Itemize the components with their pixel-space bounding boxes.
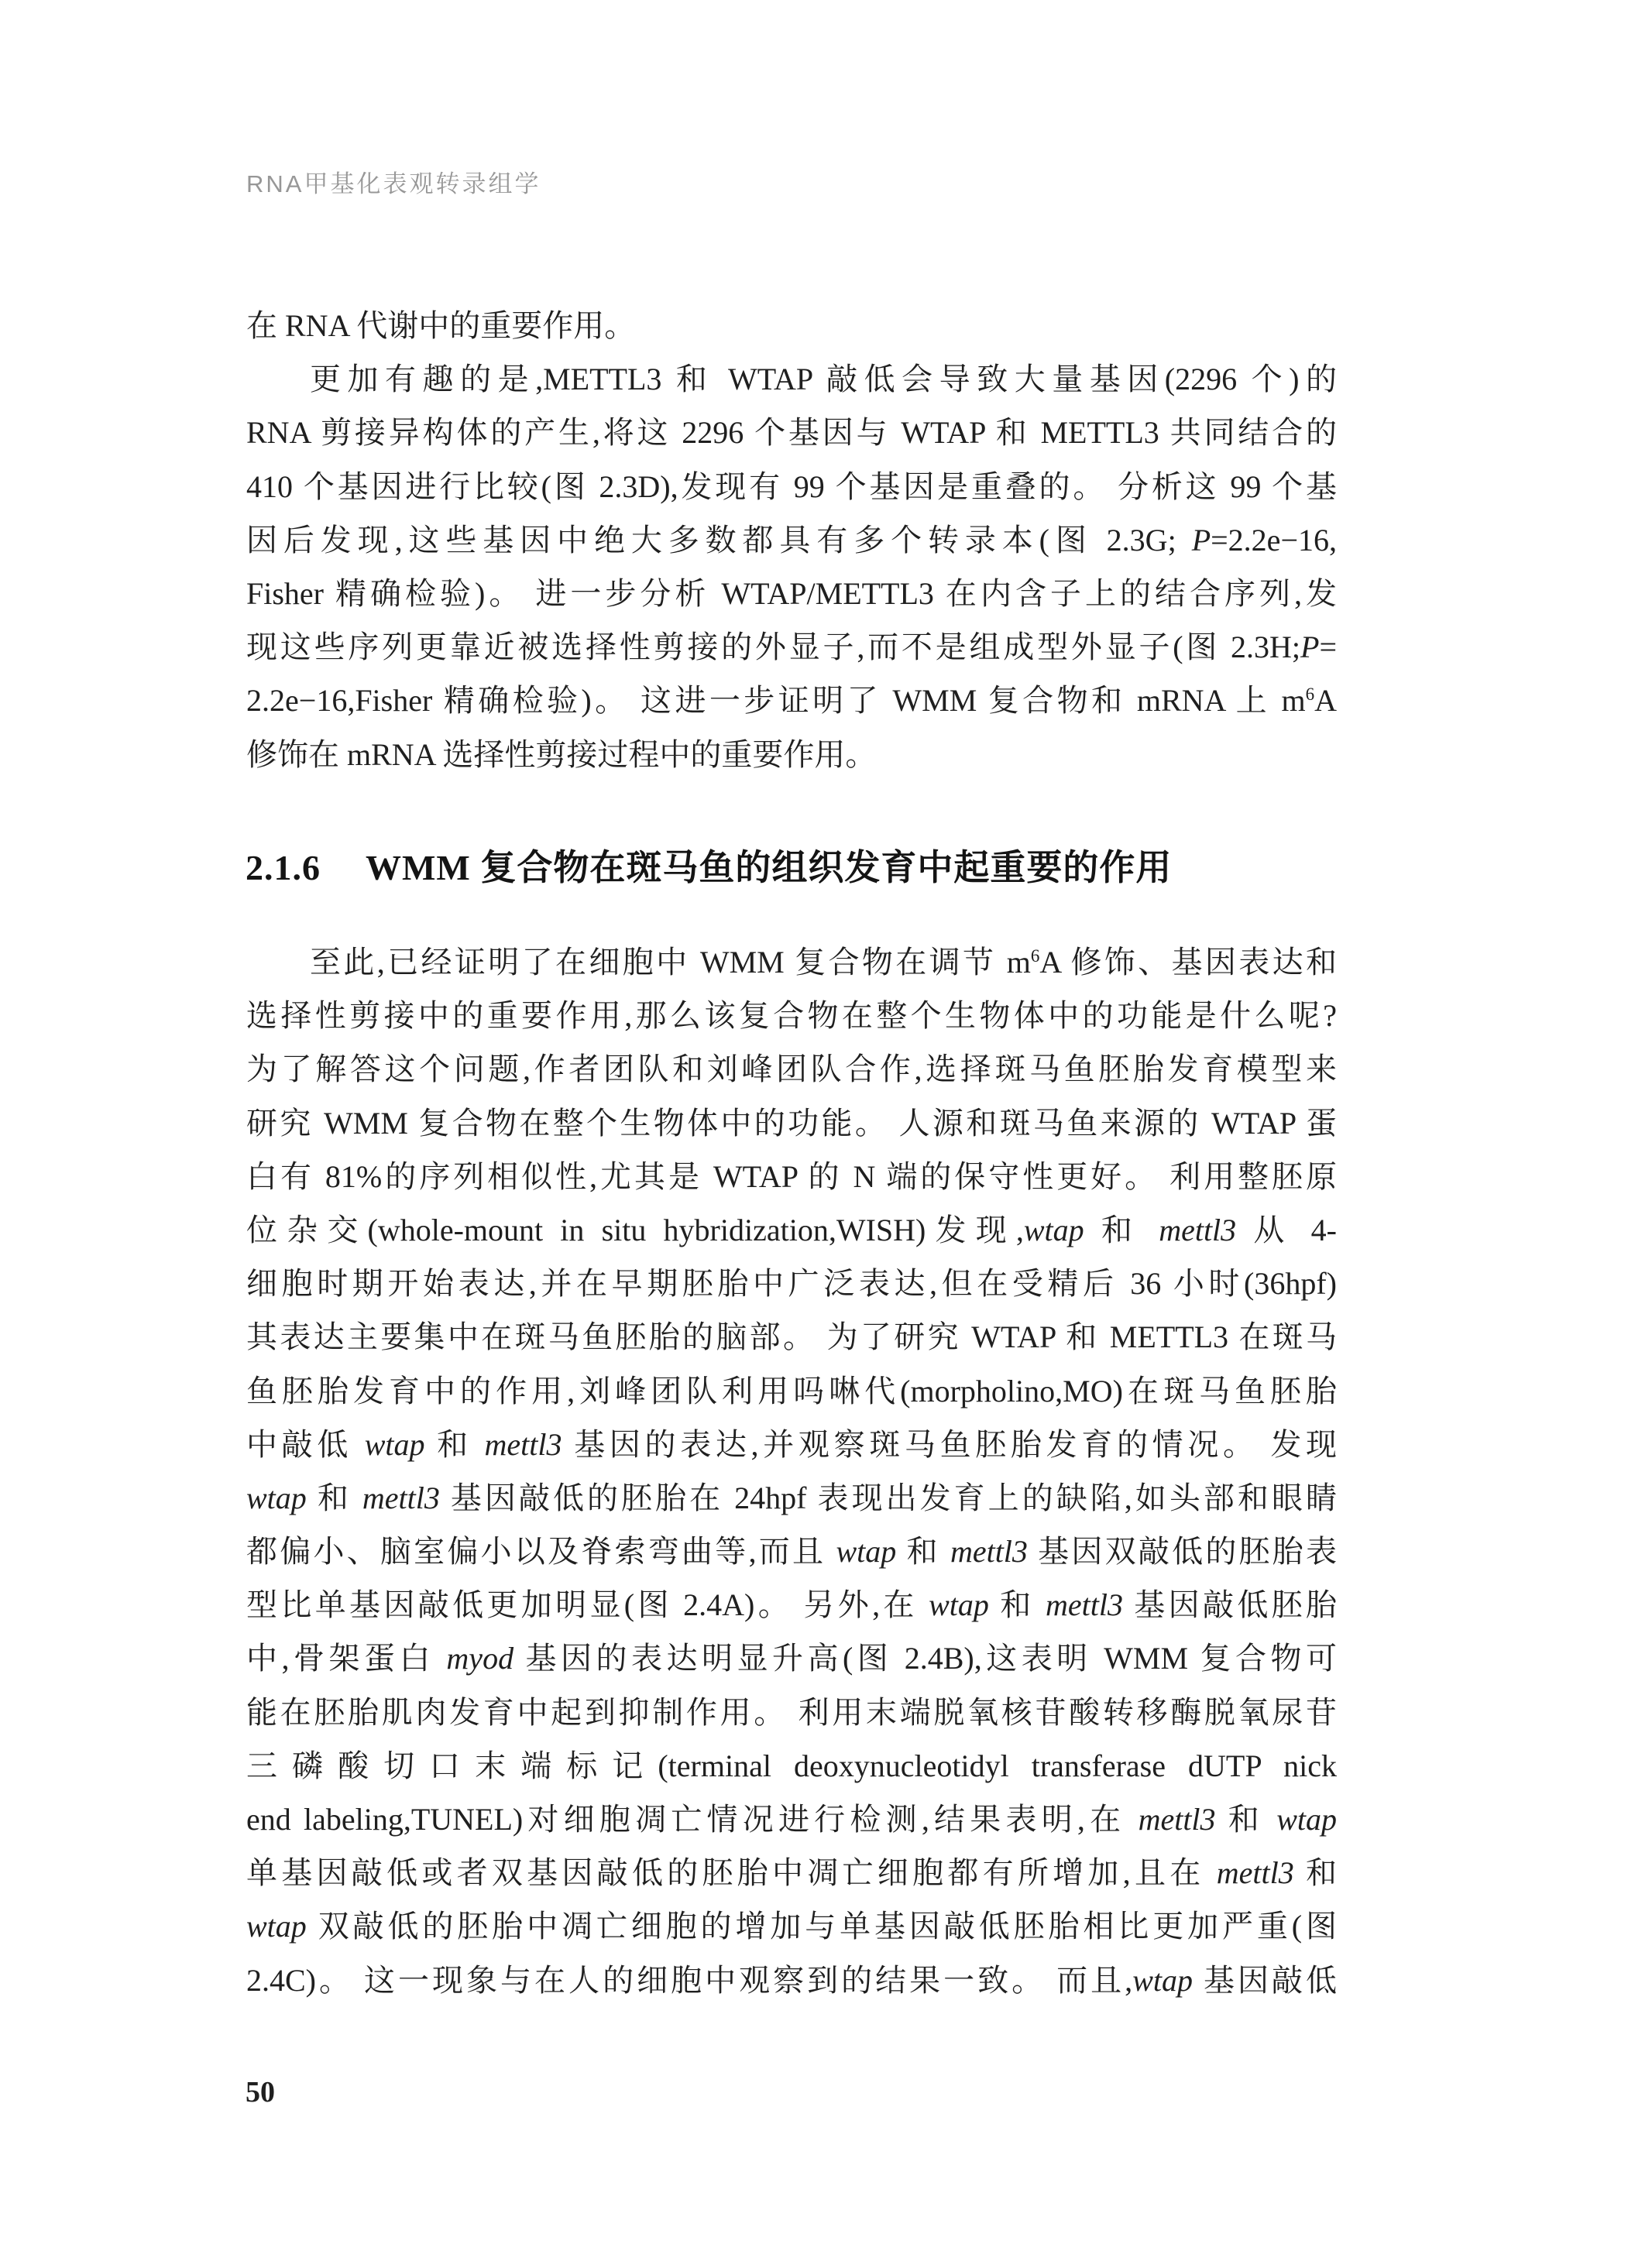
text-line: 2.2e−16,Fisher 精确检验)。 这进一步证明了 WMM 复合物和 m… [246,674,1337,727]
text-line: 中敲低 wtap 和 mettl3 基因的表达,并观察斑马鱼胚胎发育的情况。 发… [246,1418,1337,1471]
text-line: 其表达主要集中在斑马鱼胚胎的脑部。 为了研究 WTAP 和 METTL3 在斑马 [246,1310,1337,1364]
text-line: 中,骨架蛋白 myod 基因的表达明显升高(图 2.4B),这表明 WMM 复合… [246,1632,1337,1685]
section-heading: 2.1.6WMM 复合物在斑马鱼的组织发育中起重要的作用 [246,839,1172,890]
text-line: 鱼胚胎发育中的作用,刘峰团队利用吗啉代(morpholino,MO)在斑马鱼胚胎 [246,1364,1337,1418]
text-line: 在 RNA 代谢中的重要作用。 [246,299,1337,352]
text-line: 单基因敲低或者双基因敲低的胚胎中凋亡细胞都有所增加,且在 mettl3 和 [246,1846,1337,1899]
text-line: 位杂交(whole-mount in situ hybridization,WI… [246,1203,1337,1257]
running-head: RNA甲基化表观转录组学 [246,164,541,199]
text-line: Fisher 精确检验)。 进一步分析 WTAP/METTL3 在内含子上的结合… [246,567,1337,620]
body-text-block-bottom: 至此,已经证明了在细胞中 WMM 复合物在调节 m6A 修饰、基因表达和选择性剪… [246,935,1337,2007]
text-line: 三磷酸切口末端标记(terminal deoxynucleotidyl tran… [246,1739,1337,1793]
text-line: end labeling,TUNEL)对细胞凋亡情况进行检测,结果表明,在 me… [246,1793,1337,1846]
text-line: wtap 和 mettl3 基因敲低的胚胎在 24hpf 表现出发育上的缺陷,如… [246,1471,1337,1525]
text-line: 细胞时期开始表达,并在早期胚胎中广泛表达,但在受精后 36 小时(36hpf) [246,1257,1337,1310]
text-line: 能在胚胎肌肉发育中起到抑制作用。 利用末端脱氧核苷酸转移酶脱氧尿苷 [246,1686,1337,1739]
text-line: 白有 81%的序列相似性,尤其是 WTAP 的 N 端的保守性更好。 利用整胚原 [246,1150,1337,1203]
section-number: 2.1.6 [246,848,321,887]
text-line: 2.4C)。 这一现象与在人的细胞中观察到的结果一致。 而且,wtap 基因敲低 [246,1954,1337,2007]
text-line: 现这些序列更靠近被选择性剪接的外显子,而不是组成型外显子(图 2.3H;P= [246,620,1337,674]
paragraph: 更加有趣的是,METTL3 和 WTAP 敲低会导致大量基因(2296 个)的R… [246,352,1337,781]
text-line: 选择性剪接中的重要作用,那么该复合物在整个生物体中的功能是什么呢? [246,989,1337,1042]
text-line: 为了解答这个问题,作者团队和刘峰团队合作,选择斑马鱼胚胎发育模型来 [246,1042,1337,1096]
text-line: RNA 剪接异构体的产生,将这 2296 个基因与 WTAP 和 METTL3 … [246,406,1337,459]
text-line: 修饰在 mRNA 选择性剪接过程中的重要作用。 [246,728,1337,781]
paragraph: 至此,已经证明了在细胞中 WMM 复合物在调节 m6A 修饰、基因表达和选择性剪… [246,935,1337,2007]
text-line: wtap 双敲低的胚胎中凋亡细胞的增加与单基因敲低胚胎相比更加严重(图 [246,1899,1337,1953]
text-line: 型比单基因敲低更加明显(图 2.4A)。 另外,在 wtap 和 mettl3 … [246,1578,1337,1632]
page-number: 50 [246,2075,275,2109]
text-line: 410 个基因进行比较(图 2.3D),发现有 99 个基因是重叠的。 分析这 … [246,460,1337,513]
text-line: 研究 WMM 复合物在整个生物体中的功能。 人源和斑马鱼来源的 WTAP 蛋 [246,1096,1337,1150]
paragraph-continuation: 在 RNA 代谢中的重要作用。 [246,299,1337,352]
book-page: RNA甲基化表观转录组学 在 RNA 代谢中的重要作用。 更加有趣的是,METT… [0,0,1628,2268]
text-line: 至此,已经证明了在细胞中 WMM 复合物在调节 m6A 修饰、基因表达和 [246,935,1337,989]
text-line: 都偏小、脑室偏小以及脊索弯曲等,而且 wtap 和 mettl3 基因双敲低的胚… [246,1525,1337,1578]
text-line: 更加有趣的是,METTL3 和 WTAP 敲低会导致大量基因(2296 个)的 [246,352,1337,406]
section-title: WMM 复合物在斑马鱼的组织发育中起重要的作用 [366,848,1172,887]
body-text-block-top: 在 RNA 代谢中的重要作用。 更加有趣的是,METTL3 和 WTAP 敲低会… [246,299,1337,781]
text-line: 因后发现,这些基因中绝大多数都具有多个转录本(图 2.3G; P=2.2e−16… [246,513,1337,567]
